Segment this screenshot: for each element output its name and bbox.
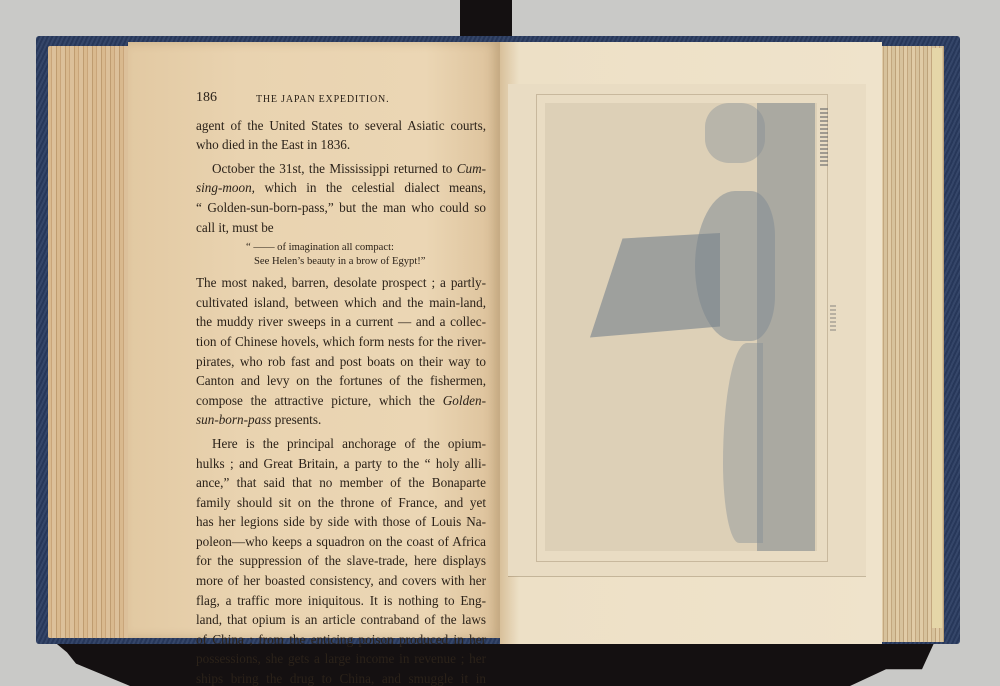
text-line: the muddy river sweeps in a current — an… — [196, 312, 486, 332]
sail-shape — [590, 233, 720, 343]
text-line: sun-born-pass presents. — [196, 410, 486, 430]
text-line: The most naked, barren, desolate prospec… — [196, 273, 486, 293]
text-line: land, that opium is an article contraban… — [196, 610, 486, 630]
italic-text: sing-moon, — [196, 180, 255, 195]
text-line: for the suppression of the slave-trade, … — [196, 551, 486, 571]
text-line: Canton and levy on the fortunes of the f… — [196, 371, 486, 391]
text-line: Here is the principal anchorage of the o… — [196, 434, 486, 454]
text-line: call it, must be — [196, 218, 486, 238]
text-line: sing-moon, which in the celestial dialec… — [196, 178, 486, 198]
text-line: poleon—who keeps a squadron on the coast… — [196, 532, 486, 552]
block-quote: “ —— of imagination all compact: See Hel… — [196, 241, 486, 269]
text-line: “ Golden-sun-born-pass,” but the man who… — [196, 198, 486, 218]
italic-text: Cum- — [457, 161, 486, 176]
text-line: pirates, who rob fast and post boats on … — [196, 352, 486, 372]
endpaper-strip — [932, 48, 942, 628]
text-line: possessions, she gets a large income in … — [196, 649, 486, 669]
text-line: ships bring the drug to China, and smugg… — [196, 669, 486, 686]
page-number: 186 — [196, 88, 256, 110]
running-head: THE JAPAN EXPEDITION. — [256, 90, 389, 110]
text-line: cultivated island, between which and the… — [196, 293, 486, 313]
trees-shape — [705, 103, 765, 163]
left-page-fore-edge — [48, 46, 134, 638]
italic-text: sun-born-pass — [196, 412, 271, 427]
text-line: ance,” that said that no member of the B… — [196, 473, 486, 493]
text-line: has her legions side by side with those … — [196, 512, 486, 532]
text-line: agent of the United States to several As… — [196, 116, 486, 136]
quote-line: See Helen’s beauty in a brow of Egypt!” — [196, 255, 486, 269]
plate-caption — [820, 108, 828, 168]
quote-line: “ —— of imagination all compact: — [196, 241, 486, 255]
text-line: tion of Chinese hovels, which form nests… — [196, 332, 486, 352]
text-line: of China ; from the enticing poison prod… — [196, 630, 486, 650]
engraving-plate — [545, 103, 817, 551]
text-line: hulks ; and Great Britain, a party to th… — [196, 454, 486, 474]
text-line: compose the attractive picture, which th… — [196, 391, 486, 411]
text-line: more of her boasted consistency, and cov… — [196, 571, 486, 591]
left-page-text: 186 THE JAPAN EXPEDITION. agent of the U… — [196, 88, 486, 686]
text-line: October the 31st, the Mississippi return… — [196, 159, 486, 179]
lower-shore-shape — [723, 343, 763, 543]
plate-side-mark — [830, 305, 836, 333]
italic-text: Golden- — [443, 393, 486, 408]
text-line: who died in the East in 1836. — [196, 135, 486, 155]
text-line: flag, a traffic more iniquitous. It is n… — [196, 591, 486, 611]
text-line: family should sit on the throne of Franc… — [196, 493, 486, 513]
page-header: 186 THE JAPAN EXPEDITION. — [196, 88, 486, 110]
